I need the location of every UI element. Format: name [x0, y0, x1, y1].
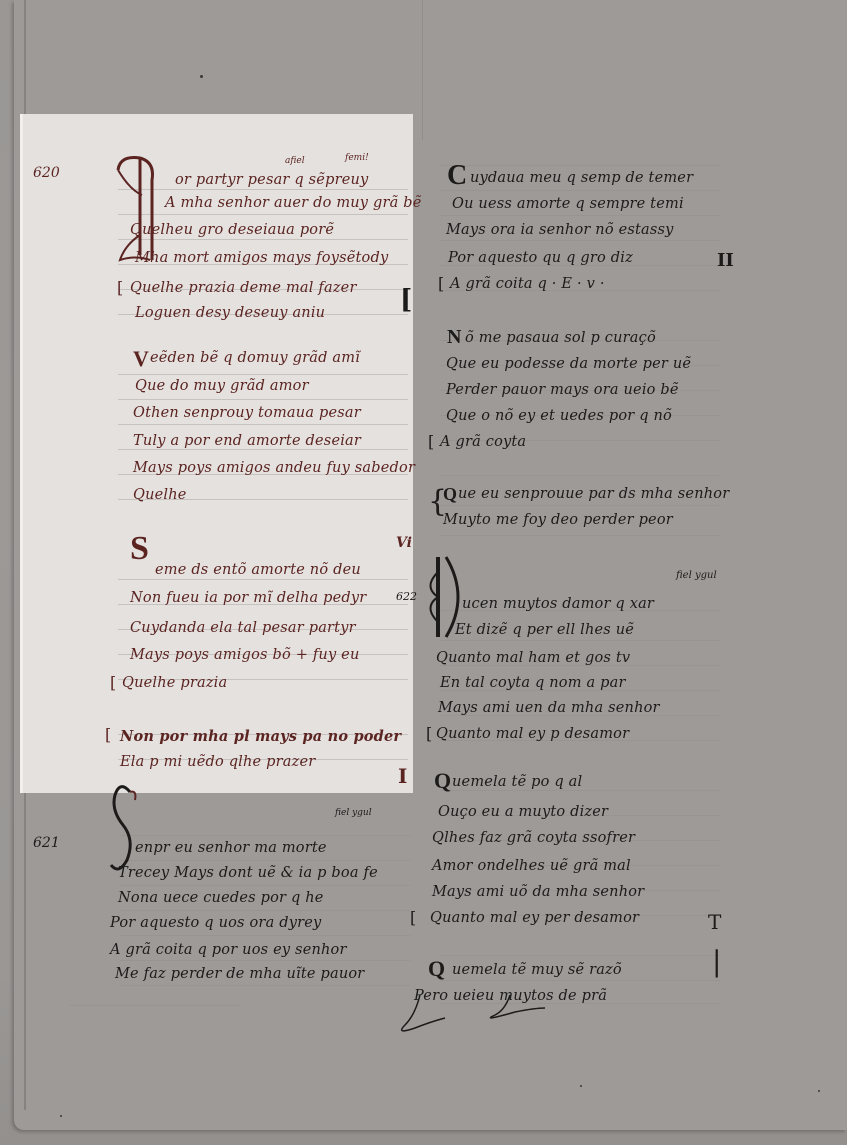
verse-line: Qlhes faz grã coyta ssofrer	[432, 830, 635, 846]
verse-line: uemela tẽ muy sẽ razõ	[452, 962, 622, 978]
verse-line: Tuly a por end amorte deseiar	[133, 433, 361, 449]
verse-line: A mha senhor auer do muy grã bẽ	[165, 195, 422, 211]
ink-speck	[818, 1090, 820, 1092]
verse-line: enpr eu senhor ma morte	[135, 840, 327, 856]
verse-line: ue eu senprouue par ds mha senhor	[458, 486, 729, 502]
gloss-femi: femi!	[345, 153, 369, 163]
gloss-fiel-ygul: fiel ygul	[335, 808, 372, 818]
verse-line: Ela p mi uẽdo qlhe prazer	[120, 754, 315, 770]
verse-line: Que eu podesse da morte per uẽ	[446, 356, 691, 372]
verse-line: Loguen desy deseuy aniu	[135, 305, 325, 321]
verse-line: Por aquesto q uos ora dyrey	[110, 915, 321, 931]
verse-line: Mays ora ia senhor nõ estassy	[446, 222, 674, 238]
poem-number-622: 622	[396, 590, 417, 603]
verse-line: Quelheu gro deseiaua porẽ	[130, 222, 334, 238]
poem-number-620: 620	[33, 165, 60, 181]
verse-line: Quelhe	[133, 487, 187, 503]
verse-line: Mays ami uen da mha senhor	[438, 700, 660, 716]
verse-line: Quelhe prazia	[122, 675, 227, 691]
verse-line: Me faz perder de mha uĩte pauor	[115, 966, 364, 982]
pen-flourish-icon	[395, 990, 575, 1035]
verse-line: eme ds entõ amorte nõ deu	[155, 562, 361, 578]
poem-number-621: 621	[33, 835, 60, 851]
ink-speck	[60, 1115, 62, 1117]
refrain-bracket: [	[438, 274, 444, 293]
manuscript-page: 620 afiel femi! or partyr pesar q sẽpreu…	[0, 0, 847, 1145]
verse-line: Nona uece cuedes por q he	[118, 890, 324, 906]
initial-q: Q	[443, 484, 457, 505]
verse-line: Que do muy grãd amor	[135, 378, 309, 394]
highlighted-selection-region[interactable]	[20, 114, 413, 793]
verse-line: Quanto mal ey p desamor	[436, 726, 629, 742]
refrain-bracket: [	[428, 432, 434, 451]
verse-line: Et dizẽ q per ell lhes uẽ	[455, 622, 634, 638]
verse-line: Ouço eu a muyto dizer	[438, 804, 608, 820]
verse-line: Quanto mal ey per desamor	[430, 910, 639, 926]
verse-line: Perder pauor mays ora ueio bẽ	[446, 382, 679, 398]
refrain-bracket: [	[426, 724, 432, 743]
verse-line: uydaua meu q semp de temer	[470, 170, 693, 186]
margin-note-vi: Vi	[396, 535, 412, 551]
gloss-fiel-ygul: fiel ygul	[676, 570, 717, 581]
verse-line: A grã coita q por uos ey senhor	[110, 942, 347, 958]
margin-mark: T	[708, 910, 721, 934]
verse-line: Mays ami uõ da mha senhor	[432, 884, 644, 900]
gloss-afiel: afiel	[285, 156, 305, 166]
initial-v: V	[133, 346, 149, 372]
verse-line: Mha mort amigos mays foysẽtody	[135, 250, 388, 266]
gutter-line	[422, 0, 423, 140]
verse-line: Que o nõ ey et uedes por q nõ	[446, 408, 672, 424]
refrain-bracket: [	[105, 725, 111, 744]
verse-line: Quelhe prazia deme mal fazer	[130, 280, 357, 296]
initial-c: C	[447, 160, 467, 192]
verse-line: A grã coyta	[440, 434, 526, 450]
verse-line: A grã coita q · E · v ·	[450, 276, 605, 292]
verse-line: Othen senprouy tomaua pesar	[133, 405, 361, 421]
refrain-bracket: [	[110, 673, 116, 692]
verse-line: Muyto me foy deo perder peor	[443, 512, 673, 528]
refrain-bracket: [	[117, 278, 123, 297]
verse-line: Cuydanda ela tal pesar partyr	[130, 620, 356, 636]
verse-line: Quanto mal ham et gos tv	[436, 650, 630, 666]
verse-line: or partyr pesar q sẽpreuy	[175, 172, 368, 188]
margin-mark: II	[717, 250, 734, 271]
verse-line: Non fueu ia por mĩ delha pedyr	[130, 590, 366, 606]
verse-line: En tal coyta q nom a par	[440, 675, 626, 691]
initial-s: S	[130, 530, 149, 568]
verse-line: Mays poys amigos andeu fuy sabedor	[133, 460, 415, 476]
verse-line: uemela tẽ po q al	[452, 774, 582, 790]
ink-speck	[200, 75, 203, 78]
verse-line: Non por mha pl mays pa no poder	[120, 728, 401, 745]
initial-q: Q	[434, 768, 451, 794]
verse-line: ucen muytos damor q xar	[462, 596, 654, 612]
initial-n: N	[447, 326, 461, 349]
ink-speck	[580, 1085, 582, 1087]
margin-bracket: [	[400, 285, 412, 315]
verse-line: eẽden bẽ q domuy grãd amĩ	[150, 350, 360, 366]
margin-mark: |	[712, 945, 721, 978]
initial-q: Q	[428, 956, 445, 982]
verse-line: Mays poys amigos bõ + fuy eu	[130, 647, 360, 663]
verse-line: õ me pasaua sol p curaçõ	[465, 330, 656, 346]
verse-line: Ou uess amorte q sempre temi	[452, 196, 684, 212]
refrain-bracket: [	[410, 908, 416, 927]
verse-line: Por aquesto qu q gro diz	[448, 250, 633, 266]
verse-line: Amor ondelhes uẽ grã mal	[432, 858, 631, 874]
margin-mark: I	[398, 764, 407, 788]
verse-line: Trecey Mays dont uẽ & ia p boa fe	[118, 865, 378, 881]
